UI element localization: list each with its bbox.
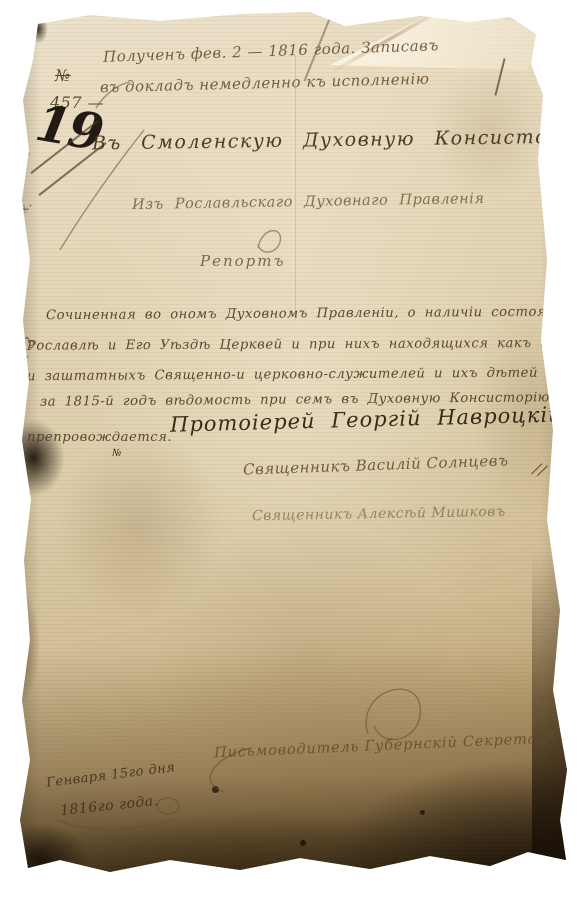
document-type-title: Репортъ <box>200 252 285 270</box>
body-line-5: препровождается. <box>27 430 172 445</box>
paper-sheet: Полученъ фев. 2 — 1816 года. Записавъ № … <box>0 0 581 901</box>
vertical-crease <box>293 55 296 320</box>
crossed-number-sign: № <box>55 66 71 85</box>
margin-small-mark: № <box>112 448 122 459</box>
scanned-manuscript-page: { "document": { "registration_note": { "… <box>0 0 581 901</box>
body-line-2: Рославлѣ и Его Уѣздѣ Церквей и при нихъ … <box>27 335 581 353</box>
